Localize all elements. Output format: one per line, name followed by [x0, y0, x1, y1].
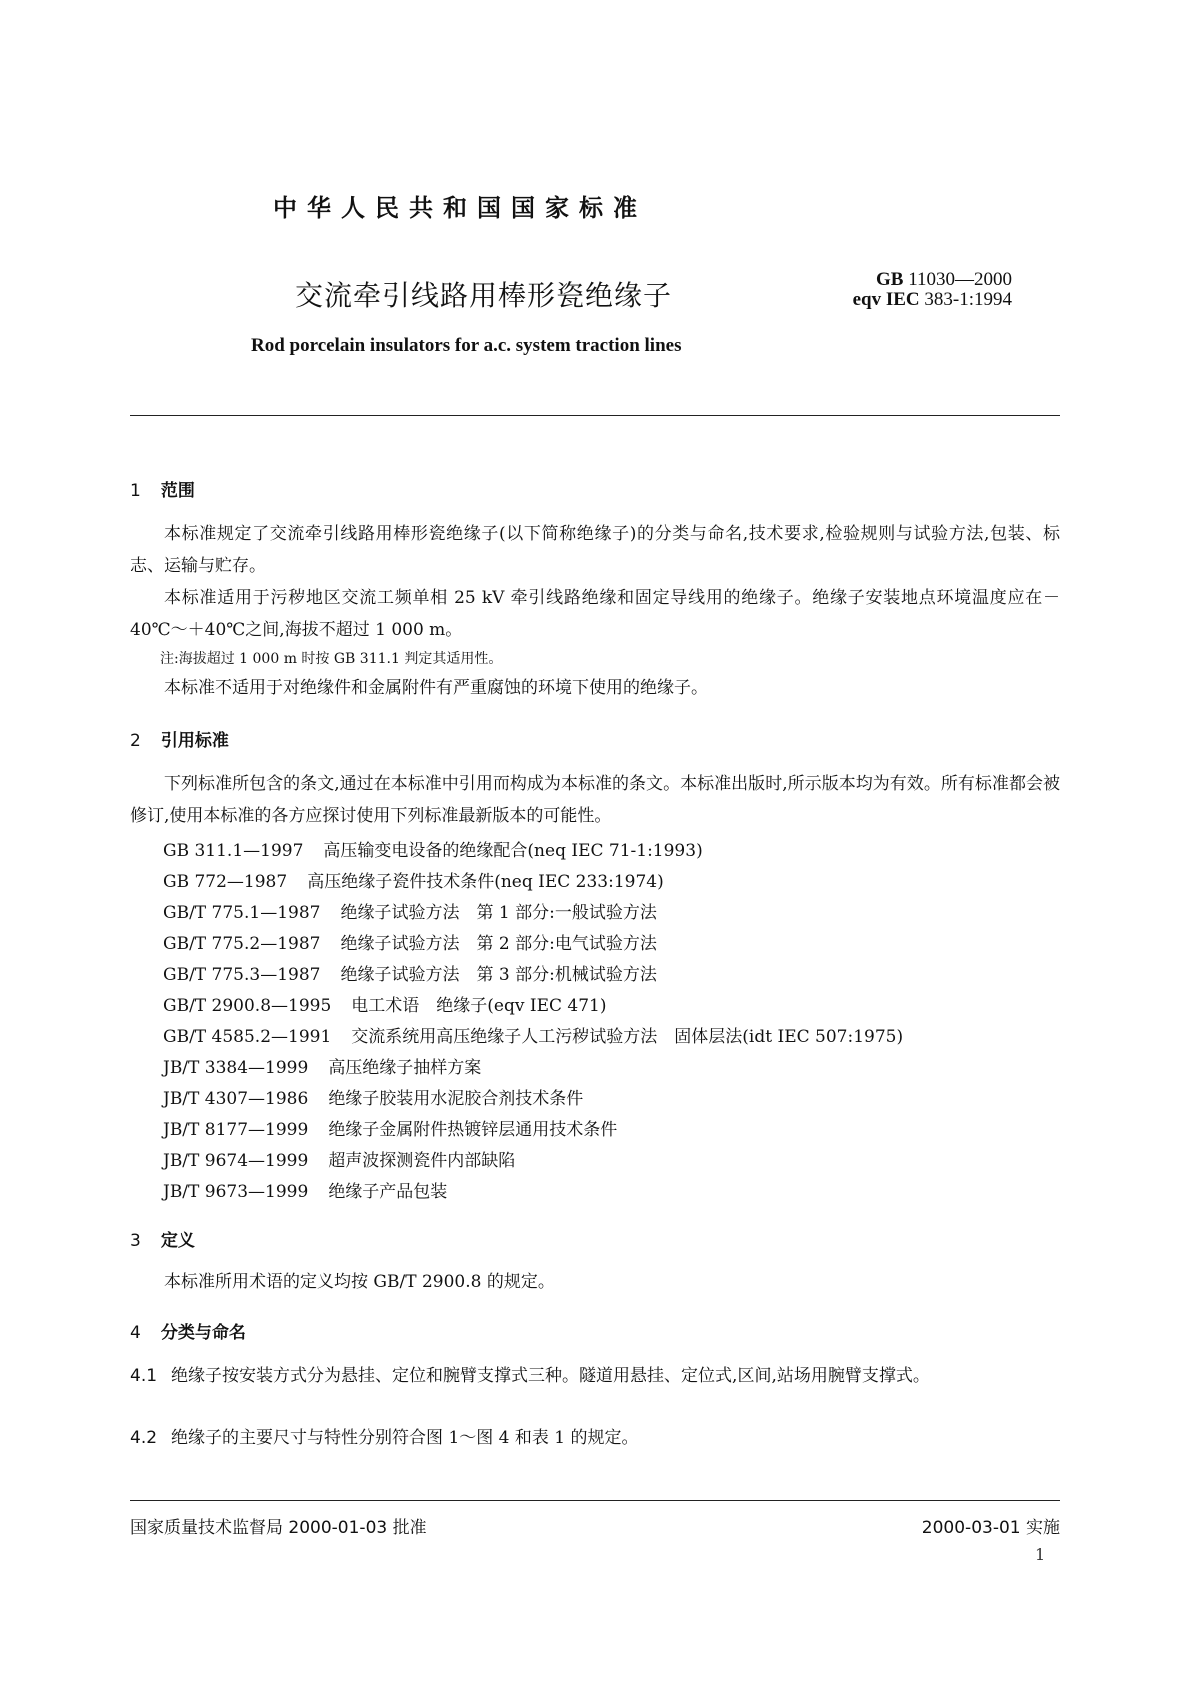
reference-item: GB/T 4585.2—1991交流系统用高压绝缘子人工污秽试验方法 固体层法(…	[163, 1022, 903, 1047]
effective-date: 2000-03-01 实施	[880, 1513, 1060, 1538]
reference-title: 高压绝缘子抽样方案	[328, 1058, 481, 1078]
section-title: 定义	[161, 1231, 195, 1251]
standard-code: 11030—2000	[908, 269, 1012, 290]
reference-title: 高压绝缘子瓷件技术条件(neq IEC 233:1974)	[307, 872, 664, 892]
reference-code: JB/T 9674—1999	[163, 1151, 308, 1171]
clause-text: 绝缘子按安装方式分为悬挂、定位和腕臂支撑式三种。隧道用悬挂、定位式,区间,站场用…	[171, 1366, 930, 1386]
section-title: 分类与命名	[161, 1323, 246, 1343]
paragraph-text: 本标准适用于污秽地区交流工频单相 25 kV 牵引线路绝缘和固定导线用的绝缘子。…	[130, 588, 1060, 640]
reference-code: GB 311.1—1997	[163, 841, 303, 861]
reference-code: GB/T 2900.8—1995	[163, 996, 331, 1016]
reference-item: GB/T 775.3—1987绝缘子试验方法 第 3 部分:机械试验方法	[163, 960, 657, 985]
section-1-paragraph-3: 本标准不适用于对绝缘件和金属附件有严重腐蚀的环境下使用的绝缘子。	[130, 672, 1060, 704]
paragraph-text: 下列标准所包含的条文,通过在本标准中引用而构成为本标准的条文。本标准出版时,所示…	[130, 774, 1060, 826]
clause-text: 绝缘子的主要尺寸与特性分别符合图 1～图 4 和表 1 的规定。	[171, 1428, 638, 1448]
reference-title: 绝缘子试验方法 第 2 部分:电气试验方法	[340, 934, 656, 954]
reference-code: GB/T 775.3—1987	[163, 965, 320, 985]
standard-number: GB 11030—2000	[820, 270, 1012, 290]
reference-title: 绝缘子产品包装	[328, 1182, 447, 1202]
reference-title: 绝缘子试验方法 第 1 部分:一般试验方法	[340, 903, 656, 923]
section-number: 3	[130, 1231, 141, 1251]
section-number: 4	[130, 1323, 141, 1343]
reference-item: GB/T 2900.8—1995电工术语 绝缘子(eqv IEC 471)	[163, 991, 607, 1016]
reference-title: 绝缘子试验方法 第 3 部分:机械试验方法	[340, 965, 656, 985]
section-3-paragraph-1: 本标准所用术语的定义均按 GB/T 2900.8 的规定。	[130, 1266, 1060, 1298]
section-1-heading: 1范围	[130, 476, 195, 501]
clause-number: 4.1	[130, 1366, 157, 1386]
reference-item: JB/T 9673—1999绝缘子产品包装	[163, 1177, 447, 1202]
reference-code: GB/T 775.2—1987	[163, 934, 320, 954]
reference-item: GB/T 775.1—1987绝缘子试验方法 第 1 部分:一般试验方法	[163, 898, 657, 923]
section-2-heading: 2引用标准	[130, 726, 229, 751]
standard-number-block: GB 11030—2000 eqv IEC 383-1:1994	[820, 270, 1012, 310]
reference-code: JB/T 8177—1999	[163, 1120, 308, 1140]
reference-title: 交流系统用高压绝缘子人工污秽试验方法 固体层法(idt IEC 507:1975…	[351, 1027, 903, 1047]
section-1-paragraph-2: 本标准适用于污秽地区交流工频单相 25 kV 牵引线路绝缘和固定导线用的绝缘子。…	[130, 582, 1060, 646]
reference-item: JB/T 4307—1986绝缘子胶装用水泥胶合剂技术条件	[163, 1084, 583, 1109]
section-number: 2	[130, 731, 141, 751]
eqv-code: 383-1:1994	[924, 289, 1012, 310]
reference-item: GB 772—1987高压绝缘子瓷件技术条件(neq IEC 233:1974)	[163, 867, 664, 892]
reference-title: 绝缘子胶装用水泥胶合剂技术条件	[328, 1089, 583, 1109]
section-number: 1	[130, 481, 141, 501]
paragraph-text: 本标准规定了交流牵引线路用棒形瓷绝缘子(以下简称绝缘子)的分类与命名,技术要求,…	[130, 524, 1060, 576]
reference-item: GB 311.1—1997高压输变电设备的绝缘配合(neq IEC 71-1:1…	[163, 836, 703, 861]
section-title: 范围	[161, 481, 195, 501]
reference-item: JB/T 3384—1999高压绝缘子抽样方案	[163, 1053, 481, 1078]
reference-code: JB/T 9673—1999	[163, 1182, 308, 1202]
reference-code: GB/T 775.1—1987	[163, 903, 320, 923]
reference-title: 高压输变电设备的绝缘配合(neq IEC 71-1:1993)	[323, 841, 702, 861]
section-2-paragraph-1: 下列标准所包含的条文,通过在本标准中引用而构成为本标准的条文。本标准出版时,所示…	[130, 768, 1060, 832]
reference-title: 电工术语 绝缘子(eqv IEC 471)	[351, 996, 606, 1016]
approval-info: 国家质量技术监督局 2000-01-03 批准	[130, 1513, 427, 1538]
reference-code: GB/T 4585.2—1991	[163, 1027, 331, 1047]
eqv-prefix: eqv IEC	[853, 289, 920, 310]
paragraph-text: 本标准不适用于对绝缘件和金属附件有严重腐蚀的环境下使用的绝缘子。	[130, 678, 708, 698]
header-divider	[130, 415, 1060, 416]
section-3-heading: 3定义	[130, 1226, 195, 1251]
reference-title: 绝缘子金属附件热镀锌层通用技术条件	[328, 1120, 617, 1140]
reference-code: GB 772—1987	[163, 872, 287, 892]
section-1-paragraph-1: 本标准规定了交流牵引线路用棒形瓷绝缘子(以下简称绝缘子)的分类与命名,技术要求,…	[130, 518, 1060, 582]
clause-4-1: 4.1绝缘子按安装方式分为悬挂、定位和腕臂支撑式三种。隧道用悬挂、定位式,区间,…	[130, 1360, 1060, 1392]
country-standard-heading: 中华人民共和国国家标准	[0, 188, 920, 223]
section-1-note: 注:海拔超过 1 000 m 时按 GB 311.1 判定其适用性。	[160, 648, 502, 668]
reference-title: 超声波探测瓷件内部缺陷	[328, 1151, 515, 1171]
section-4-heading: 4分类与命名	[130, 1318, 246, 1343]
clause-number: 4.2	[130, 1428, 157, 1448]
reference-code: JB/T 3384—1999	[163, 1058, 308, 1078]
reference-item: JB/T 9674—1999超声波探测瓷件内部缺陷	[163, 1146, 515, 1171]
document-title-en: Rod porcelain insulators for a.c. system…	[251, 335, 681, 357]
reference-code: JB/T 4307—1986	[163, 1089, 308, 1109]
equivalent-standard: eqv IEC 383-1:1994	[820, 290, 1012, 310]
reference-item: JB/T 8177—1999绝缘子金属附件热镀锌层通用技术条件	[163, 1115, 617, 1140]
paragraph-text: 本标准所用术语的定义均按 GB/T 2900.8 的规定。	[130, 1272, 555, 1292]
clause-4-2: 4.2绝缘子的主要尺寸与特性分别符合图 1～图 4 和表 1 的规定。	[130, 1422, 1060, 1454]
page-number: 1	[1035, 1545, 1045, 1564]
section-title: 引用标准	[161, 731, 229, 751]
document-title-cn: 交流牵引线路用棒形瓷绝缘子	[295, 274, 672, 314]
reference-item: GB/T 775.2—1987绝缘子试验方法 第 2 部分:电气试验方法	[163, 929, 657, 954]
standard-prefix: GB	[876, 269, 903, 290]
footer-divider	[130, 1500, 1060, 1501]
